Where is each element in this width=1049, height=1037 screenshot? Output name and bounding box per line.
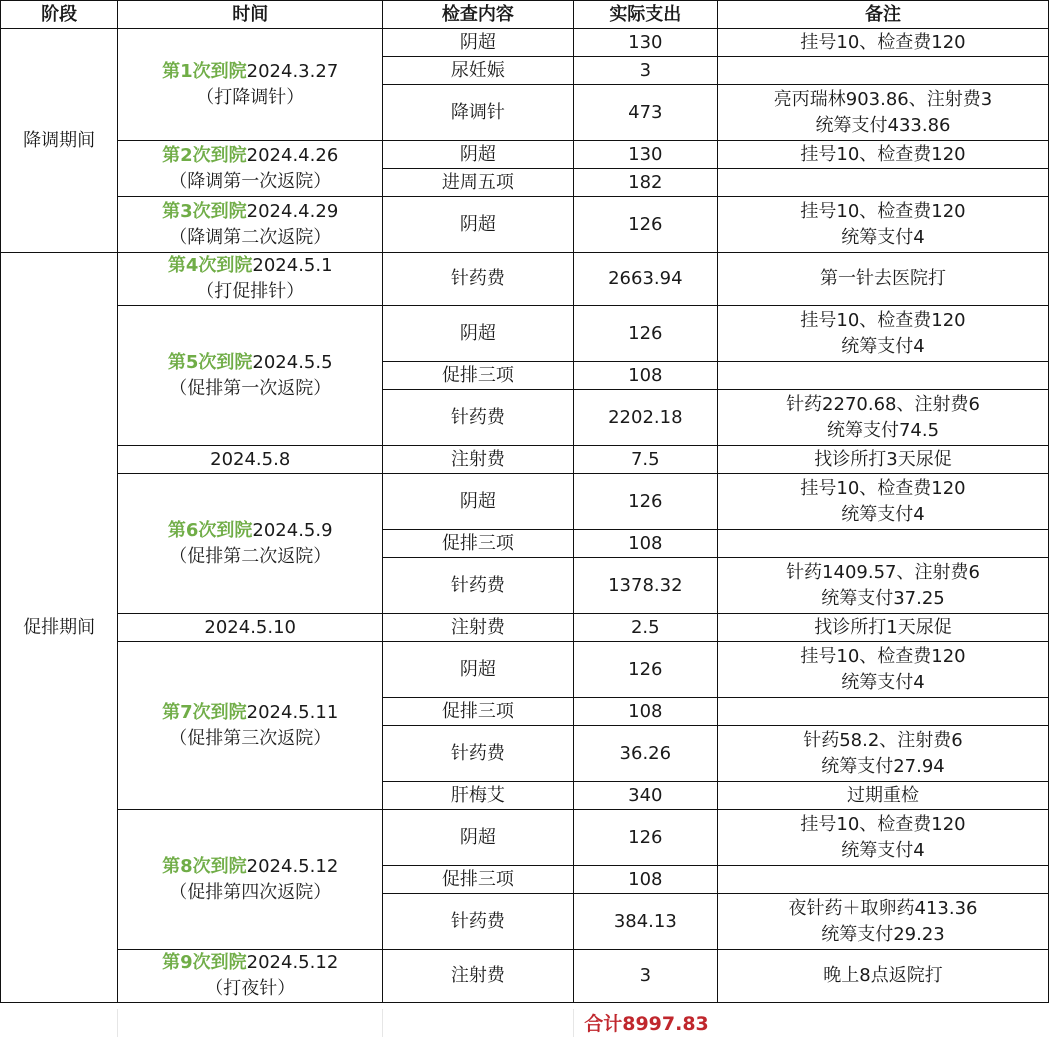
visit-date: 2024.5.12 [247, 856, 339, 877]
header-row: 阶段 时间 检查内容 实际支出 备注 [1, 1, 1049, 29]
header-item[interactable]: 检查内容 [383, 1, 574, 29]
remark-cell[interactable]: 第一针去医院打 [718, 253, 1049, 306]
visit-date: 2024.3.27 [247, 61, 339, 82]
item-cell[interactable]: 阴超 [383, 306, 574, 362]
remark-cell[interactable] [718, 57, 1049, 85]
remark-cell[interactable] [718, 169, 1049, 197]
time-cell[interactable]: 第4次到院2024.5.1（打促排针） [118, 253, 383, 306]
visit-date-line: 2024.5.8 [122, 447, 378, 473]
cost-cell[interactable]: 473 [573, 85, 717, 141]
cost-cell[interactable]: 3 [573, 57, 717, 85]
remark-line: 统筹支付4 [722, 334, 1044, 360]
remark-cell[interactable]: 针药1409.57、注射费6统筹支付37.25 [718, 558, 1049, 614]
cost-cell[interactable]: 126 [573, 197, 717, 253]
remark-line: 挂号10、检查费120 [722, 30, 1044, 56]
phase-cell[interactable]: 促排期间 [1, 253, 118, 1003]
empty-cell[interactable] [383, 1009, 574, 1037]
visit-date: 2024.5.10 [204, 617, 296, 638]
total-row: 合计8997.83 [0, 1009, 1049, 1037]
table-row: 第9次到院2024.5.12（打夜针）注射费3晚上8点返院打 [1, 950, 1049, 1003]
cost-cell[interactable]: 130 [573, 29, 717, 57]
visit-date-line: 第9次到院2024.5.12 [122, 950, 378, 976]
empty-cell[interactable] [0, 1009, 118, 1037]
remark-line: 挂号10、检查费120 [722, 142, 1044, 168]
visit-purpose-note: （促排第二次返院） [122, 544, 378, 570]
cost-cell[interactable]: 108 [573, 866, 717, 894]
item-cell[interactable]: 促排三项 [383, 866, 574, 894]
table-row: 第3次到院2024.4.29（降调第二次返院）阴超126挂号10、检查费120统… [1, 197, 1049, 253]
time-cell[interactable]: 第8次到院2024.5.12（促排第四次返院） [118, 810, 383, 950]
item-cell[interactable]: 针药费 [383, 558, 574, 614]
remark-line: 晚上8点返院打 [722, 963, 1044, 989]
visit-purpose-note: （促排第三次返院） [122, 726, 378, 752]
empty-cell[interactable] [118, 1009, 383, 1037]
item-cell[interactable]: 针药费 [383, 894, 574, 950]
visit-date: 2024.4.26 [247, 145, 339, 166]
item-cell[interactable]: 注射费 [383, 446, 574, 474]
remark-cell[interactable]: 挂号10、检查费120统筹支付4 [718, 474, 1049, 530]
visit-date-line: 第6次到院2024.5.9 [122, 518, 378, 544]
remark-line: 挂号10、检查费120 [722, 644, 1044, 670]
remark-line: 统筹支付4 [722, 225, 1044, 251]
visit-purpose-note: （降调第一次返院） [122, 169, 378, 195]
visit-number-label: 第1次到院 [162, 61, 247, 82]
visit-date: 2024.5.5 [252, 352, 332, 373]
item-cell[interactable]: 促排三项 [383, 530, 574, 558]
visit-date: 2024.5.9 [252, 520, 332, 541]
remark-cell[interactable]: 挂号10、检查费120统筹支付4 [718, 810, 1049, 866]
remark-line: 统筹支付37.25 [722, 586, 1044, 612]
cost-cell[interactable]: 2.5 [573, 614, 717, 642]
remark-cell[interactable] [718, 530, 1049, 558]
remark-line: 针药58.2、注射费6 [722, 728, 1044, 754]
cost-cell[interactable]: 7.5 [573, 446, 717, 474]
time-cell[interactable]: 第5次到院2024.5.5（促排第一次返院） [118, 306, 383, 446]
visit-number-label: 第7次到院 [162, 702, 247, 723]
visit-date-line: 第7次到院2024.5.11 [122, 700, 378, 726]
remark-line: 统筹支付433.86 [722, 113, 1044, 139]
time-cell[interactable]: 2024.5.10 [118, 614, 383, 642]
visit-date-line: 第1次到院2024.3.27 [122, 59, 378, 85]
remark-line: 统筹支付4 [722, 502, 1044, 528]
item-cell[interactable]: 阴超 [383, 197, 574, 253]
remark-cell[interactable] [718, 866, 1049, 894]
cost-cell[interactable]: 2663.94 [573, 253, 717, 306]
item-cell[interactable]: 阴超 [383, 810, 574, 866]
remark-line: 亮丙瑞林903.86、注射费3 [722, 87, 1044, 113]
expense-spreadsheet: 阶段 时间 检查内容 实际支出 备注 降调期间第1次到院2024.3.27（打降… [0, 0, 1049, 1037]
remark-cell[interactable]: 挂号10、检查费120 [718, 29, 1049, 57]
remark-cell[interactable]: 找诊所打3天尿促 [718, 446, 1049, 474]
item-cell[interactable]: 促排三项 [383, 362, 574, 390]
item-cell[interactable]: 降调针 [383, 85, 574, 141]
remark-line: 针药2270.68、注射费6 [722, 392, 1044, 418]
table-row: 第2次到院2024.4.26（降调第一次返院）阴超130挂号10、检查费120 [1, 141, 1049, 169]
visit-purpose-note: （促排第四次返院） [122, 880, 378, 906]
time-cell[interactable]: 第3次到院2024.4.29（降调第二次返院） [118, 197, 383, 253]
visit-purpose-note: （打夜针） [122, 976, 378, 1002]
visit-date-line: 第2次到院2024.4.26 [122, 143, 378, 169]
table-row: 第5次到院2024.5.5（促排第一次返院）阴超126挂号10、检查费120统筹… [1, 306, 1049, 362]
remark-line: 夜针药＋取卵药413.36 [722, 896, 1044, 922]
header-cost[interactable]: 实际支出 [573, 1, 717, 29]
visit-date: 2024.5.1 [252, 255, 332, 276]
time-cell[interactable]: 2024.5.8 [118, 446, 383, 474]
cost-cell[interactable]: 130 [573, 141, 717, 169]
visit-purpose-note: （促排第一次返院） [122, 376, 378, 402]
visit-purpose-note: （降调第二次返院） [122, 225, 378, 251]
item-cell[interactable]: 注射费 [383, 614, 574, 642]
visit-number-label: 第5次到院 [168, 352, 253, 373]
cost-cell[interactable]: 3 [573, 950, 717, 1003]
remark-line: 挂号10、检查费120 [722, 308, 1044, 334]
visit-date-line: 2024.5.10 [122, 615, 378, 641]
remark-cell[interactable] [718, 362, 1049, 390]
time-cell[interactable]: 第2次到院2024.4.26（降调第一次返院） [118, 141, 383, 197]
table-row: 第8次到院2024.5.12（促排第四次返院）阴超126挂号10、检查费120统… [1, 810, 1049, 866]
table-row: 2024.5.8注射费7.5找诊所打3天尿促 [1, 446, 1049, 474]
cost-cell[interactable]: 2202.18 [573, 390, 717, 446]
cost-cell[interactable]: 36.26 [573, 726, 717, 782]
time-cell[interactable]: 第9次到院2024.5.12（打夜针） [118, 950, 383, 1003]
remark-line: 统筹支付27.94 [722, 754, 1044, 780]
cost-cell[interactable]: 340 [573, 782, 717, 810]
time-cell[interactable]: 第6次到院2024.5.9（促排第二次返院） [118, 474, 383, 614]
remark-line: 过期重检 [722, 783, 1044, 809]
table-row: 促排期间第4次到院2024.5.1（打促排针）针药费2663.94第一针去医院打 [1, 253, 1049, 306]
remark-line: 挂号10、检查费120 [722, 812, 1044, 838]
cost-cell[interactable]: 126 [573, 474, 717, 530]
remark-line: 找诊所打3天尿促 [722, 447, 1044, 473]
visit-number-label: 第3次到院 [162, 201, 247, 222]
header-remark[interactable]: 备注 [718, 1, 1049, 29]
cost-cell[interactable]: 108 [573, 362, 717, 390]
cost-cell[interactable]: 126 [573, 810, 717, 866]
item-cell[interactable]: 针药费 [383, 726, 574, 782]
visit-number-label: 第6次到院 [168, 520, 253, 541]
cost-cell[interactable]: 1378.32 [573, 558, 717, 614]
visit-date-line: 第4次到院2024.5.1 [122, 253, 378, 279]
header-phase[interactable]: 阶段 [1, 1, 118, 29]
remark-line: 找诊所打1天尿促 [722, 615, 1044, 641]
remark-cell[interactable]: 挂号10、检查费120统筹支付4 [718, 642, 1049, 698]
visit-number-label: 第9次到院 [162, 952, 247, 973]
item-cell[interactable]: 针药费 [383, 390, 574, 446]
time-cell[interactable]: 第7次到院2024.5.11（促排第三次返院） [118, 642, 383, 810]
visit-date: 2024.5.12 [247, 952, 339, 973]
visit-number-label: 第8次到院 [162, 856, 247, 877]
cost-cell[interactable]: 126 [573, 642, 717, 698]
remark-cell[interactable]: 挂号10、检查费120 [718, 141, 1049, 169]
remark-line: 挂号10、检查费120 [722, 199, 1044, 225]
item-cell[interactable]: 注射费 [383, 950, 574, 1003]
remark-line: 第一针去医院打 [722, 266, 1044, 292]
item-cell[interactable]: 肝梅艾 [383, 782, 574, 810]
remark-cell[interactable]: 过期重检 [718, 782, 1049, 810]
table-row: 降调期间第1次到院2024.3.27（打降调针）阴超130挂号10、检查费120 [1, 29, 1049, 57]
expense-table: 阶段 时间 检查内容 实际支出 备注 降调期间第1次到院2024.3.27（打降… [0, 0, 1049, 1003]
visit-number-label: 第2次到院 [162, 145, 247, 166]
remark-cell[interactable]: 挂号10、检查费120统筹支付4 [718, 197, 1049, 253]
cost-cell[interactable]: 182 [573, 169, 717, 197]
visit-date-line: 第3次到院2024.4.29 [122, 199, 378, 225]
phase-cell[interactable]: 降调期间 [1, 29, 118, 253]
header-time[interactable]: 时间 [118, 1, 383, 29]
cost-cell[interactable]: 126 [573, 306, 717, 362]
remark-cell[interactable]: 找诊所打1天尿促 [718, 614, 1049, 642]
remark-line: 统筹支付74.5 [722, 418, 1044, 444]
cost-cell[interactable]: 384.13 [573, 894, 717, 950]
item-cell[interactable]: 阴超 [383, 29, 574, 57]
remark-cell[interactable]: 针药2270.68、注射费6统筹支付74.5 [718, 390, 1049, 446]
time-cell[interactable]: 第1次到院2024.3.27（打降调针） [118, 29, 383, 141]
remark-cell[interactable]: 晚上8点返院打 [718, 950, 1049, 1003]
visit-date: 2024.5.8 [210, 449, 290, 470]
visit-date-line: 第8次到院2024.5.12 [122, 854, 378, 880]
remark-line: 统筹支付29.23 [722, 922, 1044, 948]
remark-line: 针药1409.57、注射费6 [722, 560, 1044, 586]
visit-purpose-note: （打降调针） [122, 85, 378, 111]
table-row: 2024.5.10注射费2.5找诊所打1天尿促 [1, 614, 1049, 642]
table-body: 降调期间第1次到院2024.3.27（打降调针）阴超130挂号10、检查费120… [1, 29, 1049, 1003]
remark-line: 统筹支付4 [722, 838, 1044, 864]
remark-cell[interactable] [718, 698, 1049, 726]
remark-line: 挂号10、检查费120 [722, 476, 1044, 502]
visit-purpose-note: （打促排针） [122, 279, 378, 305]
visit-date: 2024.4.29 [247, 201, 339, 222]
item-cell[interactable]: 阴超 [383, 141, 574, 169]
item-cell[interactable]: 尿妊娠 [383, 57, 574, 85]
table-row: 第7次到院2024.5.11（促排第三次返院）阴超126挂号10、检查费120统… [1, 642, 1049, 698]
item-cell[interactable]: 阴超 [383, 474, 574, 530]
item-cell[interactable]: 阴超 [383, 642, 574, 698]
remark-cell[interactable]: 夜针药＋取卵药413.36统筹支付29.23 [718, 894, 1049, 950]
item-cell[interactable]: 促排三项 [383, 698, 574, 726]
remark-cell[interactable]: 亮丙瑞林903.86、注射费3统筹支付433.86 [718, 85, 1049, 141]
cost-cell[interactable]: 108 [573, 530, 717, 558]
cost-cell[interactable]: 108 [573, 698, 717, 726]
visit-date: 2024.5.11 [247, 702, 339, 723]
visit-date-line: 第5次到院2024.5.5 [122, 350, 378, 376]
remark-cell[interactable]: 挂号10、检查费120统筹支付4 [718, 306, 1049, 362]
remark-cell[interactable]: 针药58.2、注射费6统筹支付27.94 [718, 726, 1049, 782]
item-cell[interactable]: 进周五项 [383, 169, 574, 197]
total-cost-cell[interactable]: 合计8997.83 [574, 1009, 719, 1037]
item-cell[interactable]: 针药费 [383, 253, 574, 306]
remark-line: 统筹支付4 [722, 670, 1044, 696]
visit-number-label: 第4次到院 [168, 255, 253, 276]
table-row: 第6次到院2024.5.9（促排第二次返院）阴超126挂号10、检查费120统筹… [1, 474, 1049, 530]
